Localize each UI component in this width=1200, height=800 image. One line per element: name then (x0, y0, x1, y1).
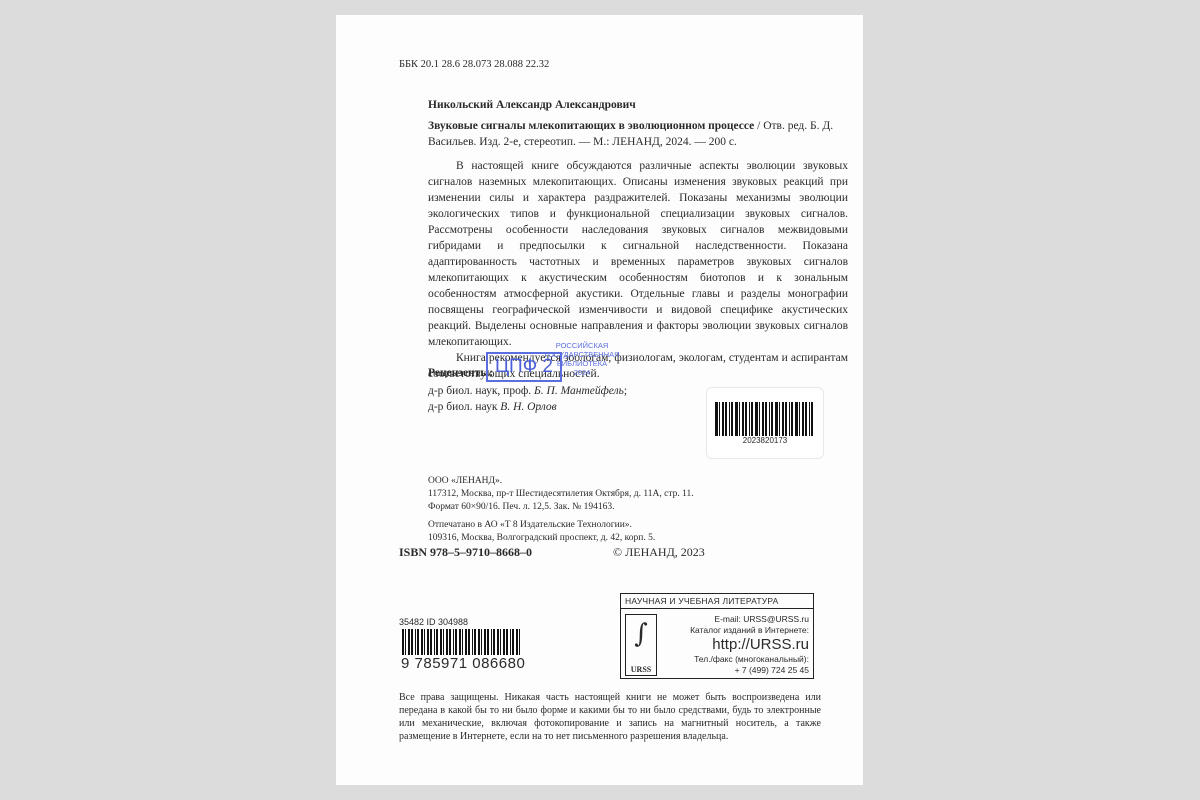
reviewer: д-р биол. наук В. Н. Орлов (428, 401, 557, 413)
cpf-stamp: ЦПФ 2 (486, 352, 562, 382)
imprint: ООО «ЛЕНАНД». 117312, Москва, пр-т Шести… (428, 475, 694, 545)
sticker-number: 2023820173 (715, 436, 815, 445)
rights-notice: Все права защищены. Никакая часть настоя… (399, 691, 821, 743)
printer-address: 109316, Москва, Волгоградский проспект, … (428, 532, 694, 545)
abstract: В настоящей книге обсуждаются различные … (428, 158, 848, 382)
publisher: ООО «ЛЕНАНД». (428, 475, 694, 488)
print-format: Формат 60×90/16. Печ. л. 12,5. Зак. № 19… (428, 501, 694, 514)
barcode-icon (715, 402, 815, 436)
copyright: © ЛЕНАНД, 2023 (613, 545, 705, 560)
reviewer-name: Б. П. Мантейфель (534, 385, 624, 397)
printer: Отпечатано в АО «Т 8 Издательские Технол… (428, 519, 694, 532)
reviewers-heading: Рецензенты: (428, 367, 493, 379)
integral-globe-icon: ∫ (626, 617, 656, 651)
bbk-classification: ББК 20.1 28.6 28.073 28.088 22.32 (399, 59, 549, 70)
urss-logo: ∫ URSS (625, 614, 657, 676)
urss-header: НАУЧНАЯ И УЧЕБНАЯ ЛИТЕРАТУРА (621, 594, 813, 609)
isbn-barcode-digits: 9 785971 086680 (399, 655, 527, 672)
urss-email: E-mail: URSS@URSS.ru (690, 614, 809, 625)
urss-url: http://URSS.ru (690, 636, 809, 654)
book-copyright-page: ББК 20.1 28.6 28.073 28.088 22.32 Николь… (336, 15, 863, 785)
urss-phone: + 7 (499) 724 25 45 (690, 665, 809, 676)
abstract-paragraph: В настоящей книге обсуждаются различные … (428, 158, 848, 350)
urss-publisher-box: НАУЧНАЯ И УЧЕБНАЯ ЛИТЕРАТУРА ∫ URSS E-ma… (620, 593, 814, 679)
reviewer: д-р биол. наук, проф. Б. П. Мантейфель; (428, 385, 627, 397)
reviewer-name: В. Н. Орлов (500, 401, 556, 413)
publisher-address: 117312, Москва, пр-т Шестидесятилетия Ок… (428, 488, 694, 501)
book-title: Звуковые сигналы млекопитающих в эволюци… (428, 120, 754, 132)
author-name: Никольский Александр Александрович (428, 99, 636, 111)
urss-catalog-label: Каталог изданий в Интернете: (690, 625, 809, 636)
bibliographic-entry: Звуковые сигналы млекопитающих в эволюци… (428, 118, 848, 150)
library-barcode-sticker: 2023820173 (706, 387, 824, 459)
barcode-id: 35482 ID 304988 (399, 617, 468, 627)
isbn: ISBN 978–5–9710–8668–0 (399, 545, 532, 560)
urss-phone-label: Тел./факс (многоканальный): (690, 654, 809, 665)
